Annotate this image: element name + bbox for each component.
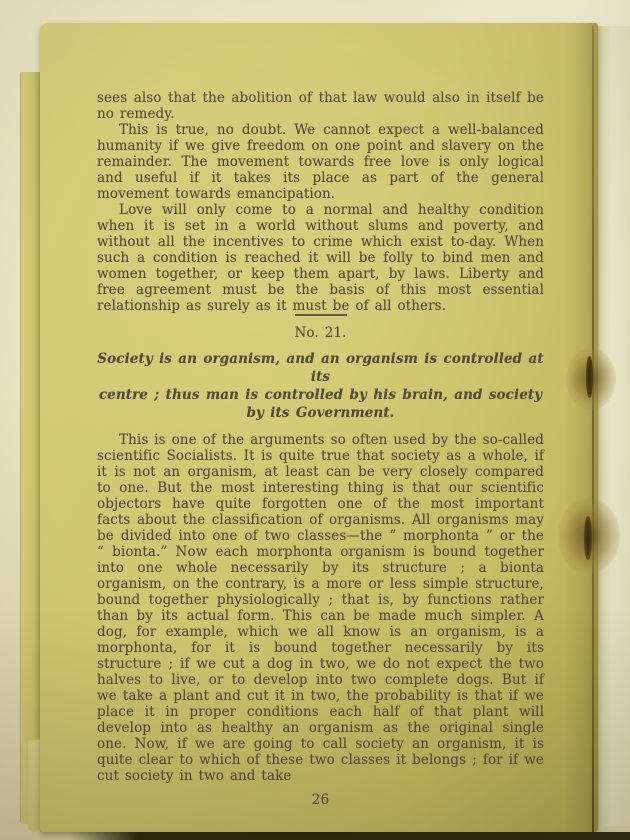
section-body-paragraph: This is one of the arguments so often us… bbox=[97, 432, 544, 784]
bottom-shadow-band bbox=[70, 832, 630, 840]
staple-upper bbox=[586, 356, 593, 398]
page-number: 26 bbox=[97, 792, 544, 808]
paragraph-2: This is true, no doubt. We cannot expect… bbox=[97, 122, 544, 202]
book-photo: sees also that the abolition of that law… bbox=[0, 0, 630, 840]
under-page-edge bbox=[20, 72, 42, 824]
section-number: No. 21. bbox=[97, 325, 544, 341]
section-heading: Society is an organism, and an organism … bbox=[97, 350, 544, 422]
section-divider-rule bbox=[295, 314, 347, 316]
printed-text-block: sees also that the abolition of that law… bbox=[97, 90, 544, 808]
facing-page-strip bbox=[596, 26, 630, 826]
paragraph-continuation: sees also that the abolition of that law… bbox=[97, 90, 544, 122]
spine-crease bbox=[592, 26, 594, 832]
staple-lower bbox=[584, 516, 592, 560]
paragraph-3: Love will only come to a normal and heal… bbox=[97, 202, 544, 314]
